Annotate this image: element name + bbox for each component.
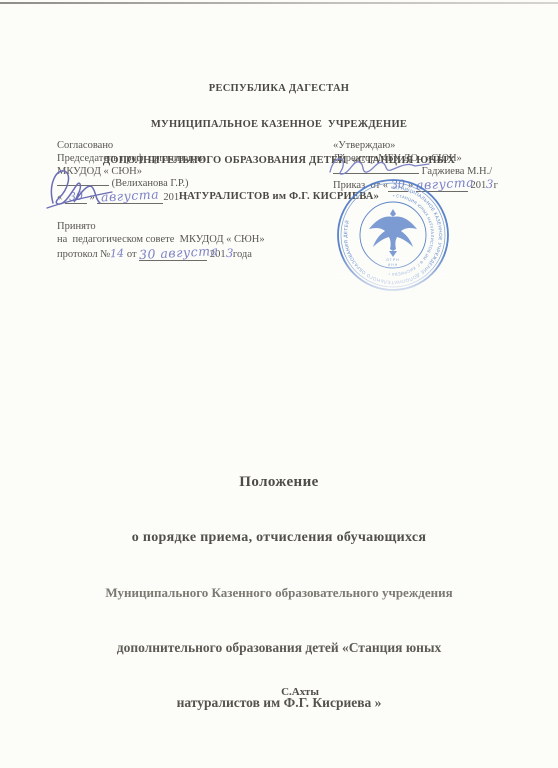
letterhead-line: МУНИЦИПАЛЬНОЕ КАЗЕННОЕ УЧРЕЖДЕНИЕ <box>0 119 558 131</box>
agreed-block: Согласовано Председатель проф. организац… <box>57 140 205 205</box>
handwritten-protocol-number: 14 <box>110 247 124 260</box>
handwritten-month: августа <box>101 190 160 203</box>
agreed-date-line: « 30 » августа201 г <box>57 191 205 205</box>
scanned-document-page: РЕСПУБЛИКА ДАГЕСТАН МУНИЦИПАЛЬНОЕ КАЗЕНН… <box>0 0 558 768</box>
date-day-slot: 30 <box>65 192 87 204</box>
agreed-title: Согласовано <box>57 140 205 153</box>
date-month-slot: августа <box>97 191 163 204</box>
accepted-line2: на педагогическом совете МКУДОД « СЮН» <box>57 234 265 247</box>
agreed-role: Председатель проф. организации <box>57 153 205 166</box>
protocol-prefix: протокол № <box>57 249 110 260</box>
protocol-date-slot: 30 августа <box>139 248 207 261</box>
handwritten-year-digit: 3 <box>225 246 233 259</box>
letterhead-line: РЕСПУБЛИКА ДАГЕСТАН <box>0 83 558 95</box>
official-round-stamp: МУНИЦИПАЛЬНОЕ КАЗЕННОЕ УЧРЕЖДЕНИЕ ДОПОЛН… <box>335 177 451 293</box>
handwritten-day: 30 <box>69 192 84 203</box>
accepted-block: Принято на педагогическом совете МКУДОД … <box>57 221 265 261</box>
signature-line <box>57 185 109 186</box>
document-title-line: Муниципального Казенного образовательног… <box>0 583 558 602</box>
accepted-protocol-line: протокол №14 от 30 августа 2013года <box>57 247 265 262</box>
signature-line <box>333 173 419 174</box>
accepted-line1: Принято <box>57 221 265 234</box>
eagle-emblem-icon <box>369 209 417 257</box>
stamp-ink-fade <box>335 253 451 293</box>
scan-edge-artifact <box>0 2 558 4</box>
footer-location: С.Ахты <box>21 686 558 698</box>
handwritten-year-digit: 3 <box>486 178 494 191</box>
protocol-year-suffix: года <box>233 249 252 260</box>
approved-title: «Утверждаю» <box>333 140 498 153</box>
document-title-line: дополнительного образования детей «Станц… <box>0 638 558 657</box>
document-title: Положение <box>0 472 558 492</box>
document-subtitle: о порядке приема, отчисления обучающихся <box>0 528 558 547</box>
protocol-from: от <box>124 249 139 260</box>
quote-close: » <box>87 192 98 203</box>
handwritten-date: 30 августа <box>139 246 219 260</box>
document-title-block: Положение о порядке приема, отчисления о… <box>0 436 558 748</box>
agreed-year: 201 г <box>163 192 188 203</box>
agreed-org: МКУДОД « СЮН» <box>57 166 205 179</box>
approved-role: Директор МБУ ДО «СЮН» <box>333 153 498 166</box>
order-year-suffix: г <box>494 180 498 191</box>
quote-open: « <box>57 192 65 203</box>
